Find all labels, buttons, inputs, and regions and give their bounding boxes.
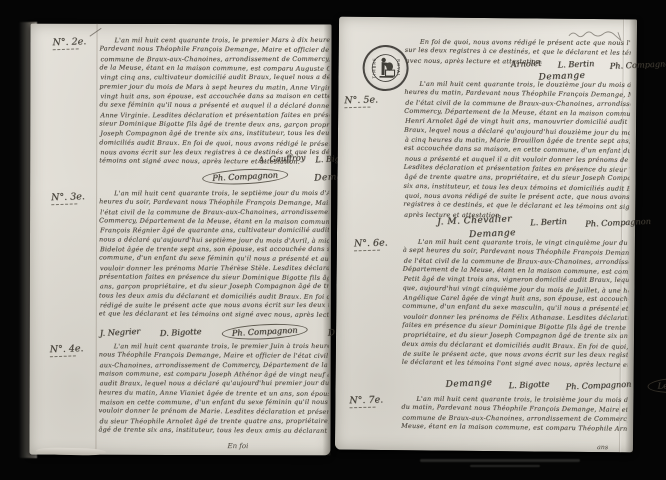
manuscript-line: heures du soir, Pardevant nous Théophile… <box>99 198 329 209</box>
manuscript-line: et que les déclarant et les témoins ont … <box>99 310 329 321</box>
scanned-register-spread: N°. 2e. L'an mil huit cent quarante troi… <box>0 0 666 480</box>
manuscript-line: nous Théophile François Demange, Maire e… <box>99 351 329 362</box>
manuscript-line: le déclarant et les témoins l'ont signé … <box>402 358 628 370</box>
signature: Ph. Compagnon <box>565 378 631 391</box>
act-2-body-text: L'an mil huit cent quarante trois, le pr… <box>99 36 329 172</box>
act-7-body-text: L'an mil huit cent quarante trois, le tr… <box>401 394 627 444</box>
manuscript-line: âgé de trente six ans, instituteur, tous… <box>98 425 328 436</box>
signature: J. Negrier <box>100 325 141 337</box>
act-number-7: N°. 7e. <box>349 394 383 408</box>
manuscript-line: commune, d'un enfant du sexe féminin qu'… <box>99 254 329 265</box>
signature: L. Bertin <box>557 58 594 70</box>
act-number-3: N°. 3e. <box>51 191 85 205</box>
manuscript-line: Pardevant nous Théophile François Demang… <box>99 45 329 56</box>
signature: Ph. Compagnon <box>202 167 288 186</box>
act-number-4: N°. 4e. <box>50 343 84 357</box>
manuscript-line: Joseph Compagnon âgé de trente six ans, … <box>100 129 329 139</box>
manuscript-line: Meuse, étant en la maison commune, est c… <box>401 422 627 434</box>
manuscript-line: vouloir donner le prénom de Marie. Lesdi… <box>99 407 329 418</box>
signature: A. Gauffroy <box>258 152 306 164</box>
act-6-signatures: Demange L. Bigotte Ph. Compagnon Le Roll… <box>445 376 666 393</box>
register-left-page: N°. 2e. L'an mil huit cent quarante troi… <box>29 24 331 456</box>
manuscript-line: vingt cinq ans, cultivateur domicilié au… <box>100 73 329 83</box>
stamp-rim-text: ROYAL <box>396 59 401 77</box>
line-end-word: ans <box>597 443 608 451</box>
official-round-stamp: TIMBRE ROYAL <box>362 45 408 91</box>
manuscript-line: ans, garçon propriétaire, et du sieur Jo… <box>100 282 329 292</box>
continuation-signatures: Arnolet L. Bertin Ph. Compagnon <box>511 58 666 70</box>
act-3-signatures: J. Negrier D. Bigotte Ph. Compagnon Dema… <box>100 324 375 340</box>
scan-streak <box>470 465 540 467</box>
act-5-body-text: L'an mil huit cent quarante trois, le do… <box>403 79 630 222</box>
signature: Ph. Compagnon <box>610 58 666 71</box>
signature: Le Rollet <box>647 377 666 394</box>
signature: Ph. Compagnon <box>584 216 650 229</box>
act-3-body-text: L'an mil huit cent quarante trois, le se… <box>99 189 329 323</box>
signature: Arnolet <box>510 58 541 69</box>
manuscript-line: François Régnier âgé de quarante ans, cu… <box>100 226 329 236</box>
scan-streak <box>420 459 580 462</box>
act-number-6: N°. 6e. <box>354 237 388 251</box>
act-4-body-text: L'an mil huit cent quarante trois, le pr… <box>98 342 328 440</box>
signature: Ph. Compagnon <box>222 322 308 341</box>
manuscript-line: du sexe féminin qu'il nous a présenté et… <box>99 101 329 112</box>
register-right-page: TIMBRE ROYAL En foi de quoi, nous avons … <box>335 17 637 453</box>
act-number-5: N°. 5e. <box>344 94 378 108</box>
signature: L. Bigotte <box>508 378 549 390</box>
stamp-rim-text: TIMBRE <box>372 57 377 78</box>
act-5-signatures: J. M. Chevalier L. Bertin Ph. Compagnon <box>437 216 650 228</box>
signature: D. Bigotte <box>160 325 202 337</box>
margin-rule-line <box>95 24 97 455</box>
signature: J. M. Chevalier <box>437 214 512 227</box>
manuscript-line: audit Braux, lequel nous a déclaré qu'au… <box>100 379 329 389</box>
signature: L. Bertin <box>530 216 567 228</box>
signature: Demange <box>445 377 492 389</box>
catchword: En foi <box>227 442 248 450</box>
act-6-body-text: L'an mil huit cent quarante trois, le vi… <box>402 237 629 372</box>
act-number-2: N°. 2e. <box>52 36 86 50</box>
